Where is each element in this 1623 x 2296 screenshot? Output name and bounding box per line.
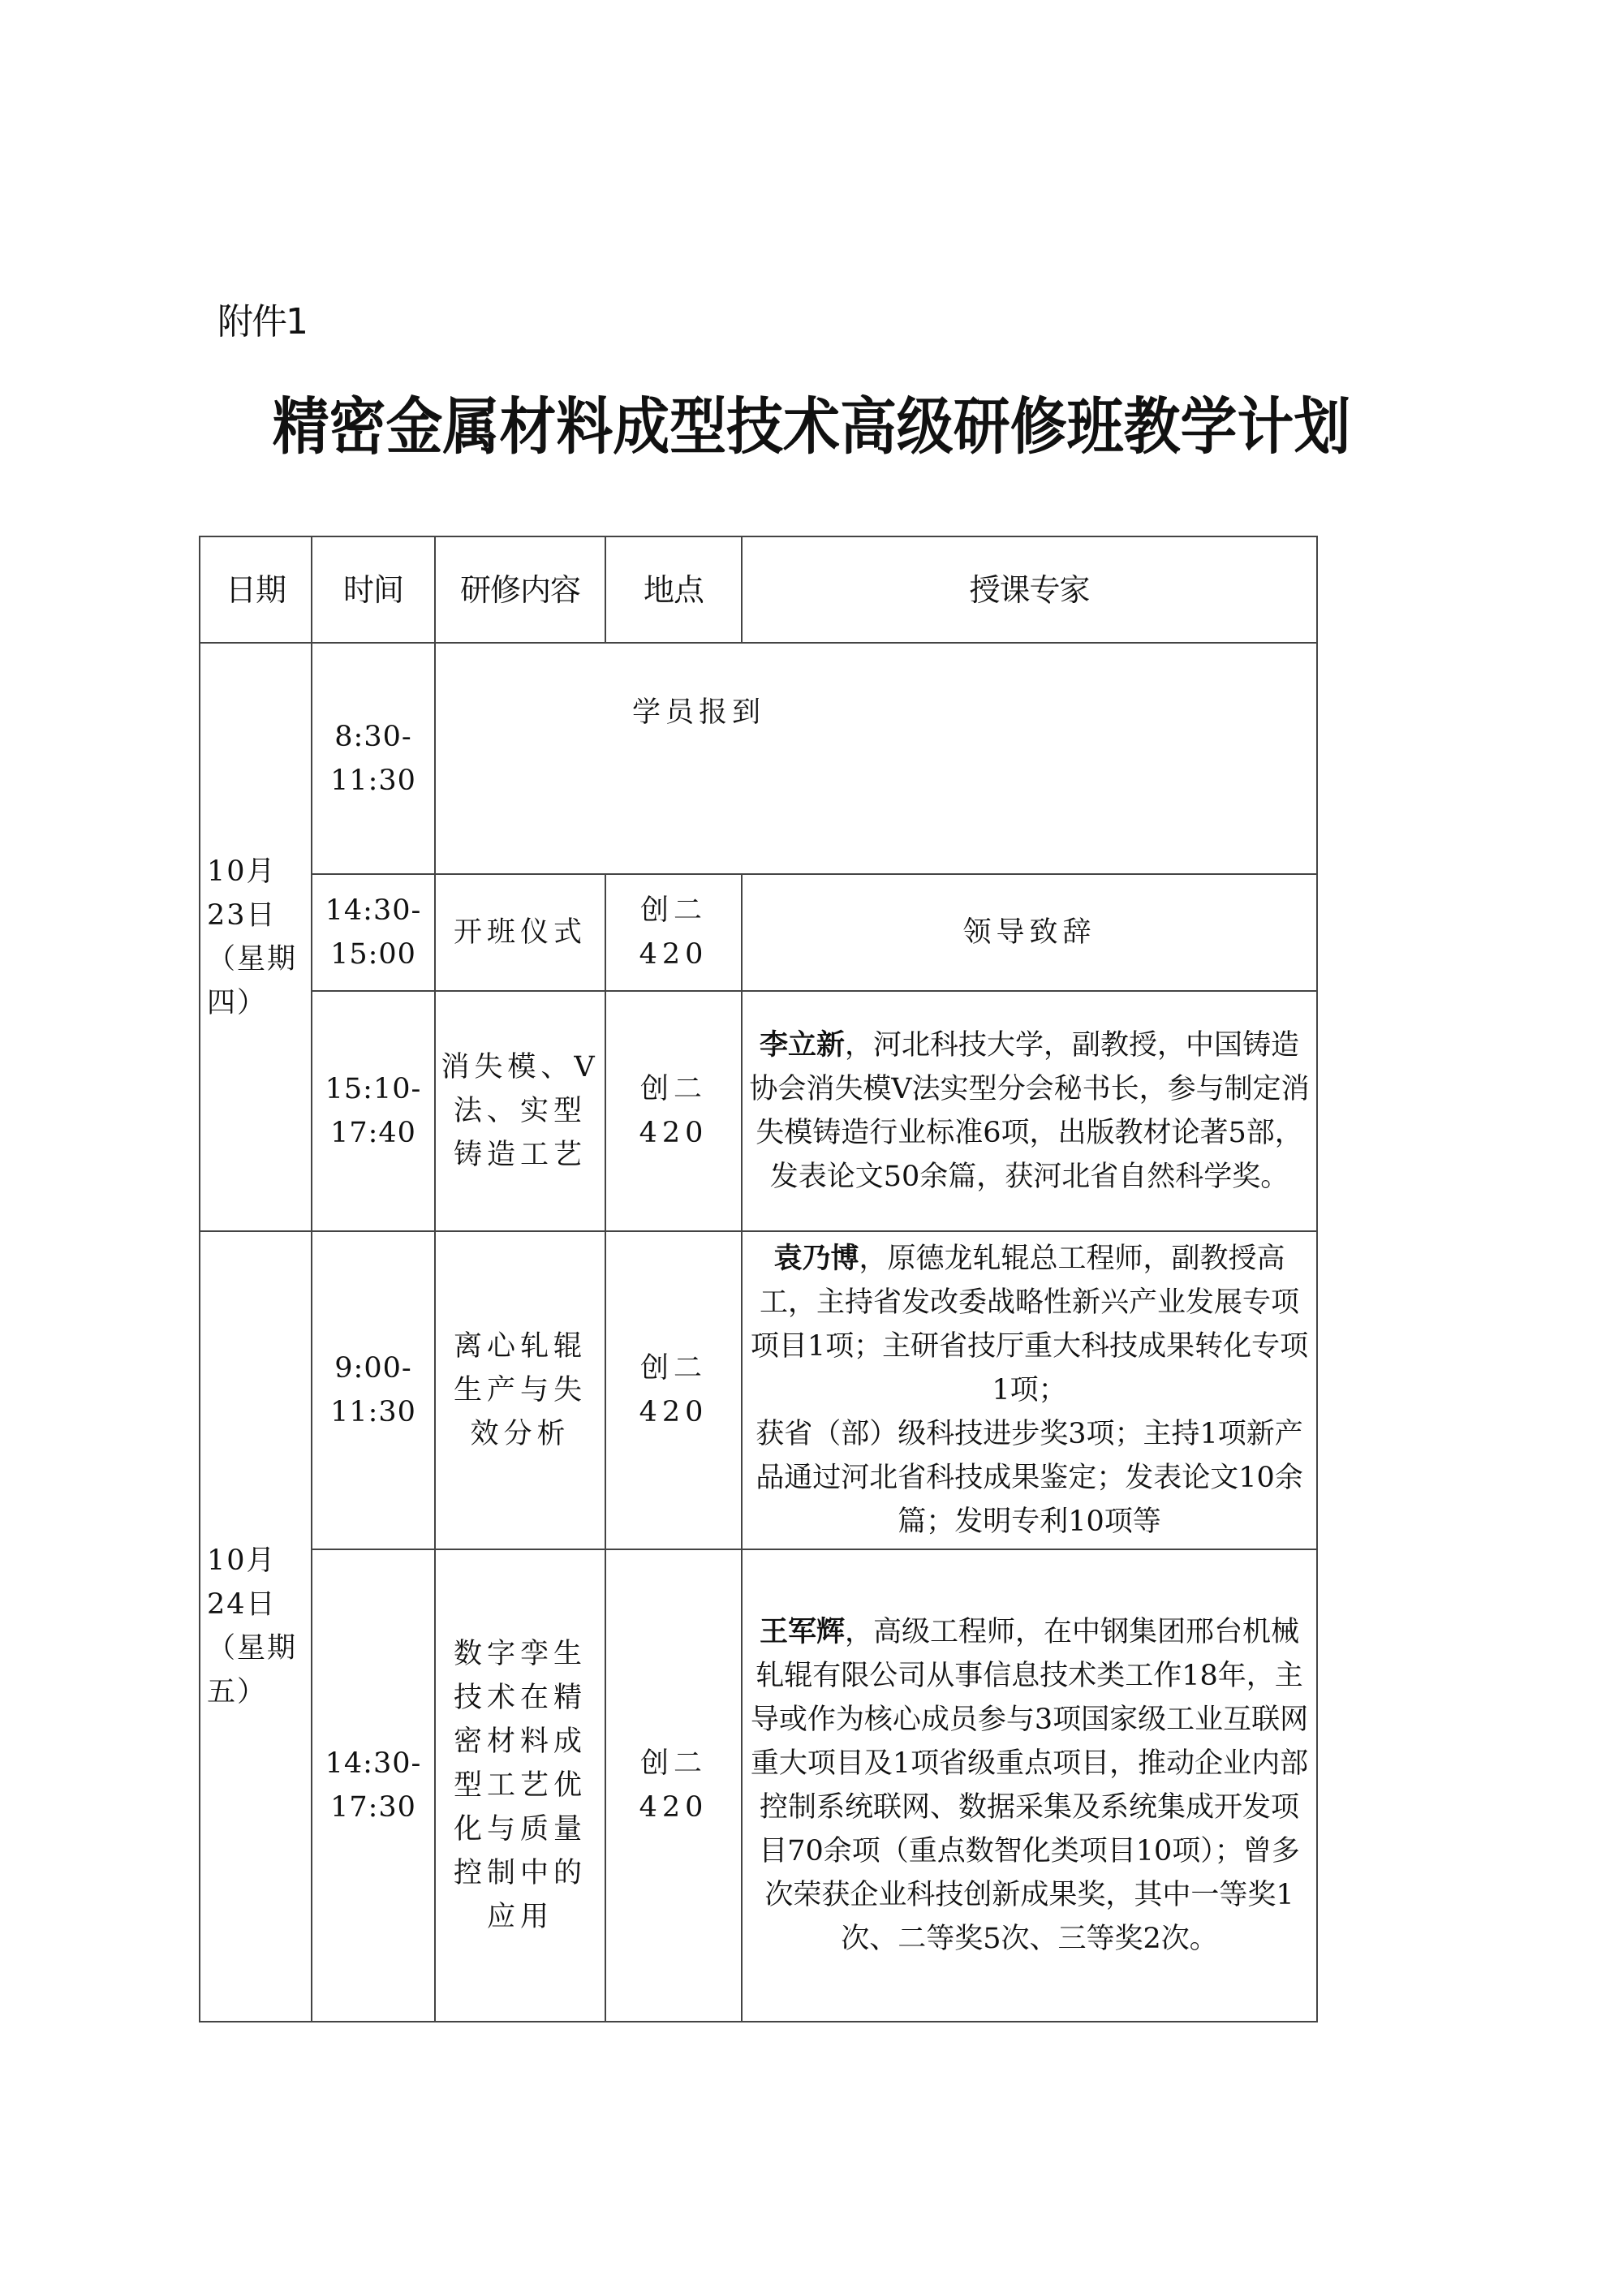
column-header-content: 研修内容: [435, 536, 605, 643]
time-cell: 14:30-17:30: [312, 1549, 435, 2022]
expert-name: 王军辉: [760, 1615, 845, 1648]
column-header-expert: 授课专家: [742, 536, 1317, 643]
location-cell: 创二420: [605, 1231, 742, 1549]
content-cell: 消失模、V法、实型 铸造工艺: [435, 991, 605, 1231]
time-cell: 14:30-15:00: [312, 874, 435, 991]
expert-bio: ，高级工程师，在中钢集团邢台机械轧辊有限公司从事信息技术类工作18年，主导或作为…: [751, 1616, 1308, 1955]
table-row: 14:30-17:30 数字孪生技术在精密材料成型工艺优化与质量控制中的应用 创…: [200, 1549, 1317, 2022]
expert-cell: 领导致辞: [742, 874, 1317, 991]
expert-name: 李立新: [760, 1028, 845, 1062]
table-row: 10月24日（星期五） 9:00-11:30 离心轧辊生产与失效分析 创二420…: [200, 1231, 1317, 1549]
location-cell: 创二420: [605, 874, 742, 991]
expert-bio-continued: 获省（部）级科技进步奖3项；主持1项新产品通过河北省科技成果鉴定；发表论文10余…: [746, 1412, 1313, 1544]
merged-activity-cell: 学员报到: [435, 643, 1317, 874]
expert-name: 袁乃博: [773, 1242, 859, 1275]
content-cell: 离心轧辊生产与失效分析: [435, 1231, 605, 1549]
table-row: 10月23日（星期四） 8:30-11:30 学员报到: [200, 643, 1317, 874]
column-header-location: 地点: [605, 536, 742, 643]
content-cell: 数字孪生技术在精密材料成型工艺优化与质量控制中的应用: [435, 1549, 605, 2022]
date-cell: 10月24日（星期五）: [200, 1231, 312, 2022]
location-cell: 创二420: [605, 1549, 742, 2022]
attachment-label: 附件1: [217, 292, 307, 344]
column-header-time: 时间: [312, 536, 435, 643]
table-row: 14:30-15:00 开班仪式 创二420 领导致辞: [200, 874, 1317, 991]
registration-text: 学员报到: [437, 691, 1315, 734]
table-header-row: 日期 时间 研修内容 地点 授课专家: [200, 536, 1317, 643]
expert-cell: 李立新，河北科技大学，副教授，中国铸造协会消失模V法实型分会秘书长，参与制定消失…: [742, 991, 1317, 1231]
expert-cell: 王军辉，高级工程师，在中钢集团邢台机械轧辊有限公司从事信息技术类工作18年，主导…: [742, 1549, 1317, 2022]
table-row: 15:10-17:40 消失模、V法、实型 铸造工艺 创二420 李立新，河北科…: [200, 991, 1317, 1231]
content-cell: 开班仪式: [435, 874, 605, 991]
date-cell: 10月23日（星期四）: [200, 643, 312, 1231]
column-header-date: 日期: [200, 536, 312, 643]
location-cell: 创二420: [605, 991, 742, 1231]
teaching-plan-table: 日期 时间 研修内容 地点 授课专家 10月23日（星期四） 8:30-11:3…: [199, 536, 1318, 2022]
time-cell: 9:00-11:30: [312, 1231, 435, 1549]
time-cell: 8:30-11:30: [312, 643, 435, 874]
time-cell: 15:10-17:40: [312, 991, 435, 1231]
expert-cell: 袁乃博，原德龙轧辊总工程师，副教授高工，主持省发改委战略性新兴产业发展专项项目1…: [742, 1231, 1317, 1549]
page-title: 精密金属材料成型技术高级研修班教学计划: [65, 377, 1558, 466]
